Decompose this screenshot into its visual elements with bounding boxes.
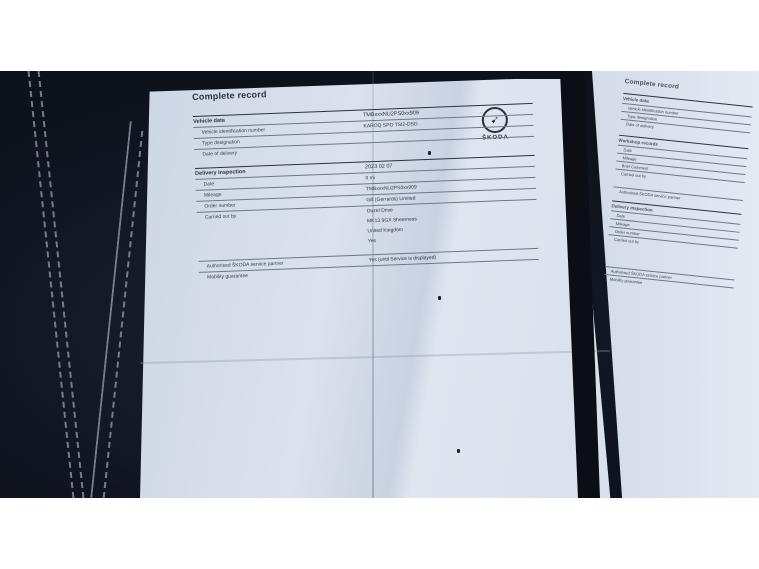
side-document: Complete record Vehicle data Vehicle ide… [604, 78, 755, 295]
workshop-records-section: Workshop records Date Mileage Brief Comm… [615, 135, 749, 190]
delivery-inspection-section: Delivery inspection 2023 02 07 Date 0 mi… [195, 155, 538, 253]
paper-mark [457, 449, 460, 453]
vehicle-data-section: Vehicle data TMBxxxNU2PS0xx909 Vehicle i… [193, 103, 534, 160]
paper-mark [438, 296, 441, 300]
main-document: Complete record Vehicle data TMBxxxNU2PS… [192, 79, 539, 283]
vehicle-data-section: Vehicle data Vehicle identification numb… [620, 93, 753, 140]
delivery-inspection-section: Delivery inspection Date Mileage Order n… [608, 200, 742, 255]
